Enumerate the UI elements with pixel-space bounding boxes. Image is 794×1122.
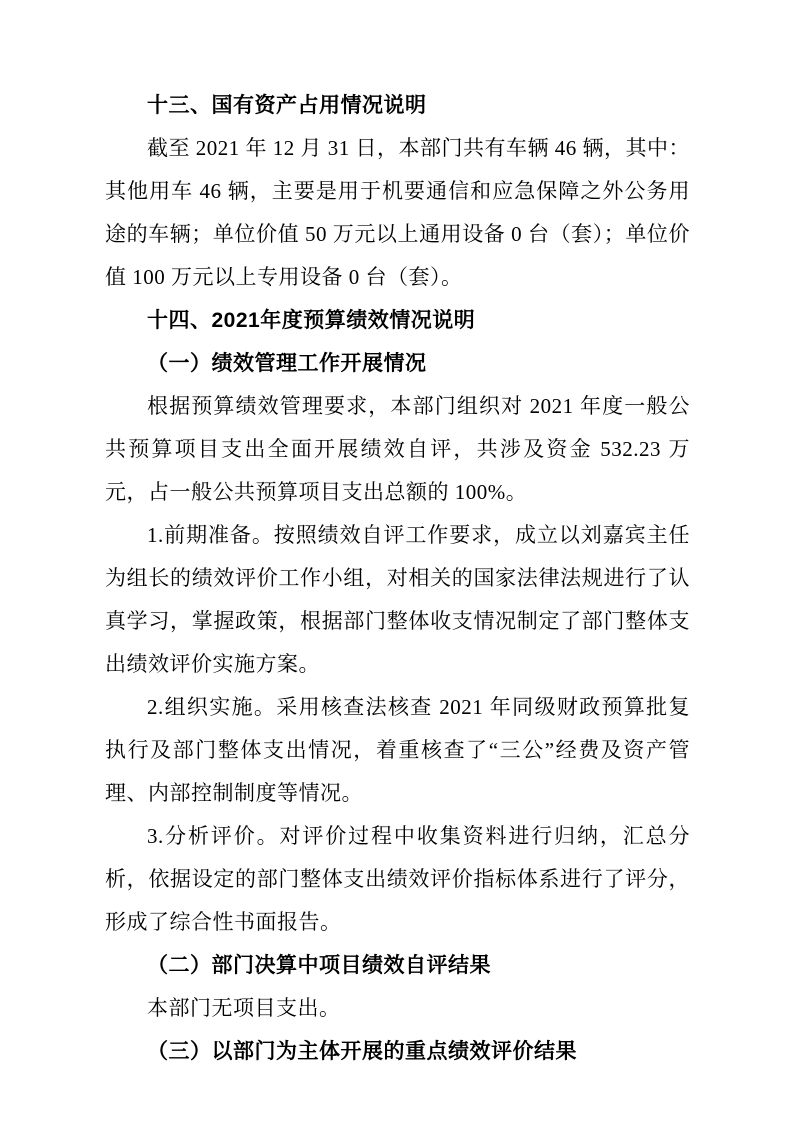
document-body: 十三、国有资产占用情况说明截至 2021 年 12 月 31 日，本部门共有车辆…: [105, 84, 690, 1073]
body-paragraph: 本部门无项目支出。: [105, 987, 690, 1030]
body-paragraph: 3.分析评价。对评价过程中收集资料进行归纳，汇总分析，依据设定的部门整体支出绩效…: [105, 815, 690, 944]
section-heading-level2: （二）部门决算中项目绩效自评结果: [105, 944, 690, 987]
section-heading-level2: （一）绩效管理工作开展情况: [105, 342, 690, 385]
document-page: 十三、国有资产占用情况说明截至 2021 年 12 月 31 日，本部门共有车辆…: [0, 0, 794, 1122]
section-heading-level1: 十三、国有资产占用情况说明: [105, 84, 690, 127]
body-paragraph: 截至 2021 年 12 月 31 日，本部门共有车辆 46 辆，其中：其他用车…: [105, 127, 690, 299]
body-paragraph: 1.前期准备。按照绩效自评工作要求，成立以刘嘉宾主任为组长的绩效评价工作小组，对…: [105, 514, 690, 686]
body-paragraph: 2.组织实施。采用核查法核查 2021 年同级财政预算批复执行及部门整体支出情况…: [105, 686, 690, 815]
section-heading-level1: 十四、2021年度预算绩效情况说明: [105, 299, 690, 342]
body-paragraph: 根据预算绩效管理要求，本部门组织对 2021 年度一般公共预算项目支出全面开展绩…: [105, 385, 690, 514]
section-heading-level2: （三）以部门为主体开展的重点绩效评价结果: [105, 1030, 690, 1073]
